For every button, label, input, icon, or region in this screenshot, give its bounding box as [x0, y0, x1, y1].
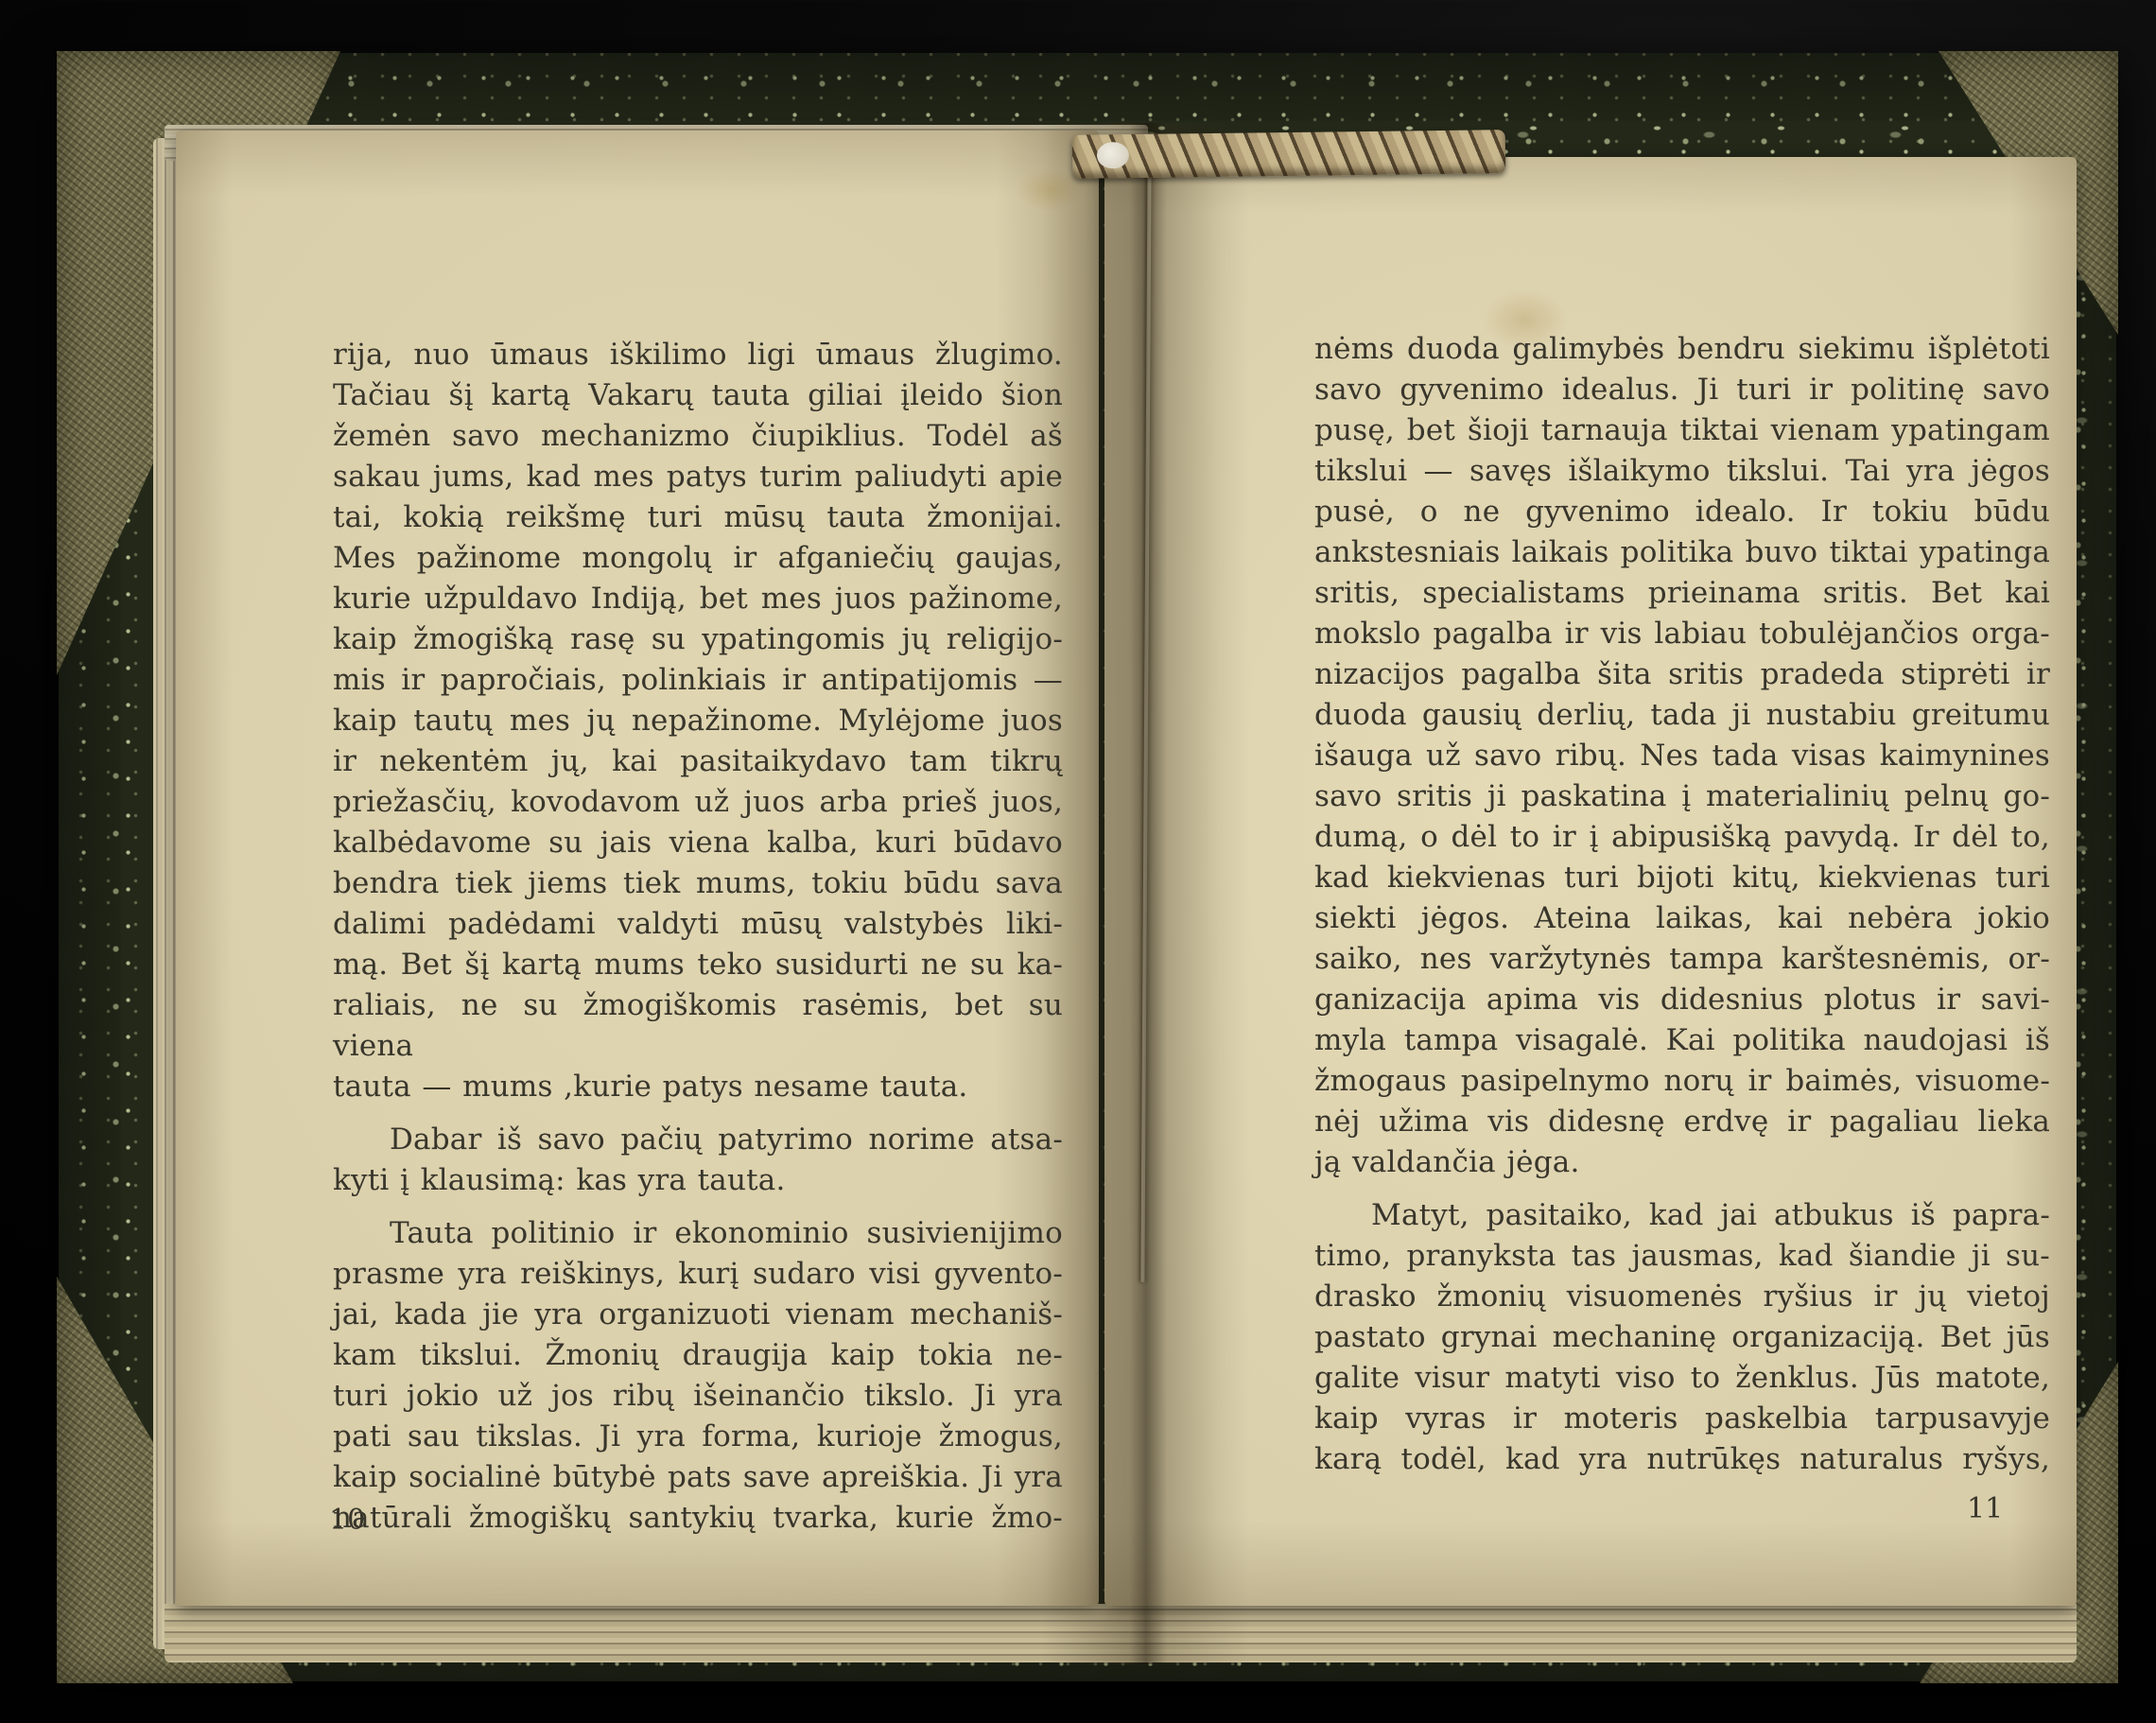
- text-line: savo gyvenimo idealus. Ji turi ir politi…: [1314, 370, 2050, 410]
- text-line: kam tikslui. Žmonių draugija kaip tokia …: [333, 1335, 1063, 1376]
- text-line: pastato grynai mechaninę organizaciją. B…: [1314, 1317, 2050, 1358]
- text-line: ir nekentėm jų, kai pasitaikydavo tam ti…: [333, 741, 1063, 782]
- text-line: Tauta politinio ir ekonominio susivienij…: [333, 1213, 1063, 1254]
- book-cover: rija, nuo ūmaus iškilimo ligi ūmaus žlug…: [59, 53, 2116, 1681]
- text-line: išauga už savo ribų. Nes tada visas kaim…: [1314, 736, 2050, 776]
- right-page: nėms duoda galimybės bendru siekimu išpl…: [1104, 157, 2077, 1606]
- text-line: priežasčių, kovodavom už juos arba prieš…: [333, 782, 1063, 823]
- text-line: žmogaus pasipelnymo norų ir baimės, visu…: [1314, 1061, 2050, 1102]
- text-line: mą. Bet šį kartą mums teko susidurti ne …: [333, 945, 1063, 985]
- text-line: kalbėdavome su jais viena kalba, kuri bū…: [333, 823, 1063, 863]
- text-line: Tačiau šį kartą Vakarų tauta giliai įlei…: [333, 375, 1063, 416]
- paragraph: Tauta politinio ir ekonominio susivienij…: [333, 1213, 1063, 1539]
- text-line: pusė, o ne gyvenimo idealo. Ir tokiu būd…: [1314, 492, 2050, 532]
- text-line: kaip socialinė būtybė pats save apreiški…: [333, 1457, 1063, 1498]
- text-line: jai, kada jie yra organizuoti vienam mec…: [333, 1295, 1063, 1335]
- text-line: Matyt, pasitaiko, kad jai atbukus iš pap…: [1314, 1195, 2050, 1236]
- text-line: nizacijos pagalba šita sritis pradeda st…: [1314, 654, 2050, 695]
- text-line: kaip tautų mes jų nepažinome. Mylėjome j…: [333, 701, 1063, 741]
- text-line: mokslo pagalba ir vis labiau tobulėjanči…: [1314, 614, 2050, 654]
- text-line: bendra tiek jiems tiek mums, tokiu būdu …: [333, 863, 1063, 904]
- text-line: myla tampa visagalė. Kai politika naudoj…: [1314, 1020, 2050, 1061]
- left-page: rija, nuo ūmaus iškilimo ligi ūmaus žlug…: [176, 131, 1099, 1606]
- text-line: tikslui — savęs išlaikymo tikslui. Tai y…: [1314, 451, 2050, 492]
- text-line: rija, nuo ūmaus iškilimo ligi ūmaus žlug…: [333, 335, 1063, 375]
- page-right-text: nėms duoda galimybės bendru siekimu išpl…: [1314, 329, 2050, 1480]
- text-line: duoda gausių derlių, tada ji nustabiu gr…: [1314, 695, 2050, 736]
- text-line: kad kiekvienas turi bijoti kitų, kiekvie…: [1314, 858, 2050, 898]
- text-line: drasko žmonių visuomenės ryšius ir jų vi…: [1314, 1277, 2050, 1317]
- text-line: sakau jums, kad mes patys turim paliudyt…: [333, 457, 1063, 497]
- paragraph: nėms duoda galimybės bendru siekimu išpl…: [1314, 329, 2050, 1183]
- text-line: saiko, nes varžytynės tampa karštesnėmis…: [1314, 939, 2050, 980]
- text-line: Dabar iš savo pačių patyrimo norime atsa…: [333, 1120, 1063, 1160]
- text-line: tauta — mums ,kurie patys nesame tauta.: [333, 1067, 1063, 1107]
- text-line: dalimi padėdami valdyti mūsų valstybės l…: [333, 904, 1063, 945]
- text-line: kaip žmogišką rasę su ypatingomis jų rel…: [333, 619, 1063, 660]
- text-line: ganizacija apima vis didesnius plotus ir…: [1314, 980, 2050, 1020]
- text-line: pusę, bet šioji tarnauja tiktai vienam y…: [1314, 410, 2050, 451]
- page-left-text: rija, nuo ūmaus iškilimo ligi ūmaus žlug…: [333, 335, 1063, 1539]
- paragraph: rija, nuo ūmaus iškilimo ligi ūmaus žlug…: [333, 335, 1063, 1107]
- page-number-left: 10: [329, 1504, 365, 1537]
- text-line: tai, kokią reikšmę turi mūsų tauta žmoni…: [333, 497, 1063, 538]
- text-line: ankstesniais laikais politika buvo tikta…: [1314, 532, 2050, 573]
- text-line: pati sau tikslas. Ji yra forma, kurioje …: [333, 1417, 1063, 1457]
- text-line: dumą, o dėl to ir į abipusišką pavydą. I…: [1314, 817, 2050, 858]
- text-line: nėj užima vis didesnę erdvę ir pagaliau …: [1314, 1102, 2050, 1142]
- text-line: savo sritis ji paskatina į materialinių …: [1314, 776, 2050, 817]
- text-line: kaip vyras ir moteris paskelbia tarpusav…: [1314, 1399, 2050, 1439]
- text-line: mis ir papročiais, polinkiais ir antipat…: [333, 660, 1063, 701]
- text-line: sritis, specialistams prieinama sritis. …: [1314, 573, 2050, 614]
- text-line: raliais, ne su žmogiškomis rasėmis, bet …: [333, 985, 1063, 1067]
- text-line: prasme yra reiškinys, kurį sudaro visi g…: [333, 1254, 1063, 1295]
- text-line: turi jokio už jos ribų išeinančio tikslo…: [333, 1376, 1063, 1417]
- text-line: ją valdančia jėga.: [1314, 1142, 2050, 1183]
- text-line: timo, pranyksta tas jausmas, kad šiandie…: [1314, 1236, 2050, 1277]
- open-pages: rija, nuo ūmaus iškilimo ligi ūmaus žlug…: [153, 123, 2082, 1664]
- photo-background: rija, nuo ūmaus iškilimo ligi ūmaus žlug…: [0, 0, 2156, 1723]
- headband-fabric: [1072, 130, 1506, 179]
- text-line: žemėn savo mechanizmo čiupiklius. Todėl …: [333, 416, 1063, 457]
- paragraph: Dabar iš savo pačių patyrimo norime atsa…: [333, 1120, 1063, 1201]
- text-line: kyti į klausimą: kas yra tauta.: [333, 1160, 1063, 1201]
- page-crease: [1140, 157, 1151, 1282]
- paragraph: Matyt, pasitaiko, kad jai atbukus iš pap…: [1314, 1195, 2050, 1480]
- page-number-right: 11: [1967, 1492, 2003, 1525]
- text-line: kurie užpuldavo Indiją, bet mes juos paž…: [333, 579, 1063, 619]
- text-line: natūrali žmogiškų santykių tvarka, kurie…: [333, 1498, 1063, 1539]
- loose-thread: [1097, 142, 1129, 168]
- text-line: Mes pažinome mongolų ir afganiečių gauja…: [333, 538, 1063, 579]
- text-line: nėms duoda galimybės bendru siekimu išpl…: [1314, 329, 2050, 370]
- text-line: galite visur matyti viso to ženklus. Jūs…: [1314, 1358, 2050, 1399]
- text-line: siekti jėgos. Ateina laikas, kai nebėra …: [1314, 898, 2050, 939]
- text-line: karą todėl, kad yra nutrūkęs naturalus r…: [1314, 1439, 2050, 1480]
